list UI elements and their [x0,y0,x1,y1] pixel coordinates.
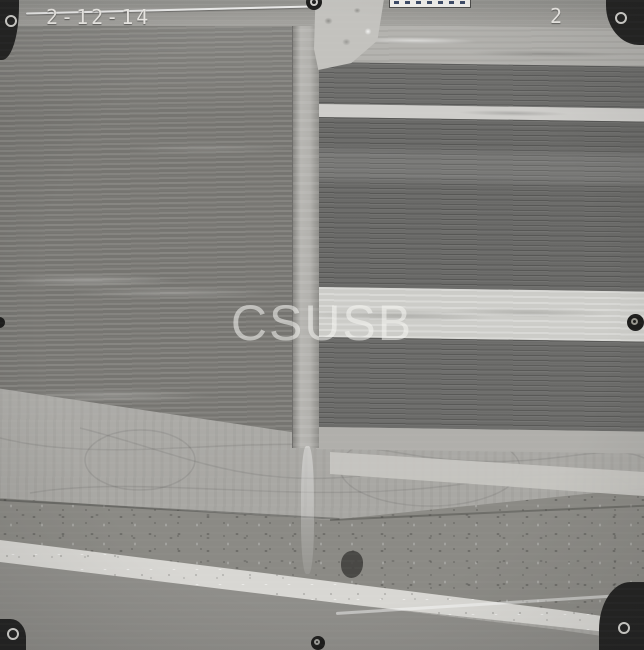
left-dark-field [0,24,297,437]
vertical-farm-road [292,20,319,448]
frame-number-label: 2 [550,4,562,28]
csusb-watermark: CSUSB [0,294,644,352]
band-dark-1 [316,62,644,109]
fiducial-dot-bottom-center-icon [311,636,325,650]
right-field-bands [316,0,644,475]
band-light-bottom [316,427,644,454]
instrument-data-strip [389,0,471,8]
fiducial-ring-bottom-left-icon [7,628,19,640]
date-label: 2-12-14 [46,5,151,29]
fiducial-dot-right-edge-icon [627,314,644,331]
fiducial-ring-top-right-icon [615,12,627,24]
fiducial-ring-bottom-right-icon [618,622,630,634]
band-dark-2 [316,117,644,292]
fiducial-ring-top-left-icon [5,15,17,27]
aerial-photo: 2-12-14 2 CSUSB [0,0,644,650]
road-continuation [301,446,314,574]
